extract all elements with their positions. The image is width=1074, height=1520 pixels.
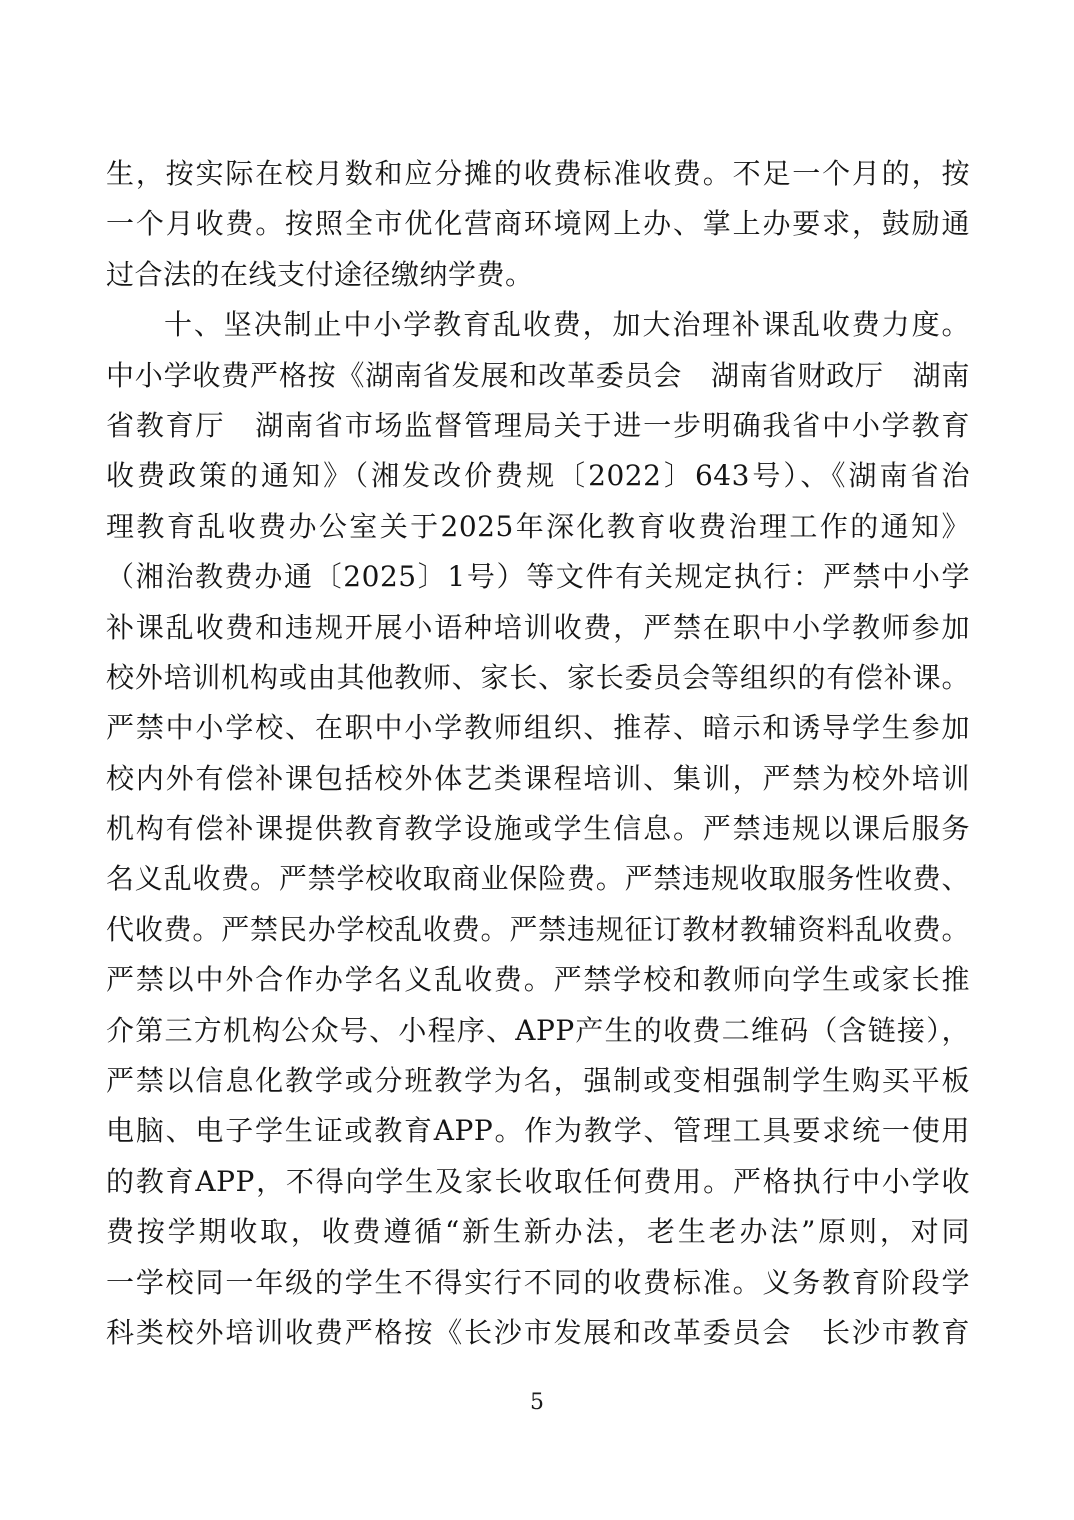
document-line: 科类校外培训收费严格按《长沙市发展和改革委员会 长沙市教育 — [106, 1308, 970, 1358]
document-line: （湘治教费办通〔2025〕1号）等文件有关规定执行：严禁中小学 — [106, 552, 970, 602]
document-line: 费按学期收取，收费遵循“新生新办法，老生老办法”原则，对同 — [106, 1207, 970, 1257]
document-page: 生，按实际在校月数和应分摊的收费标准收费。不足一个月的，按 一个月收费。按照全市… — [0, 0, 1074, 1520]
document-line: 的教育APP，不得向学生及家长收取任何费用。严格执行中小学收 — [106, 1157, 970, 1207]
document-line: 严禁以中外合作办学名义乱收费。严禁学校和教师向学生或家长推 — [106, 955, 970, 1005]
document-line: 代收费。严禁民办学校乱收费。严禁违规征订教材教辅资料乱收费。 — [106, 905, 970, 955]
document-line: 一个月收费。按照全市优化营商环境网上办、掌上办要求，鼓励通 — [106, 199, 970, 249]
document-line: 生，按实际在校月数和应分摊的收费标准收费。不足一个月的，按 — [106, 149, 970, 199]
document-line: 理教育乱收费办公室关于2025年深化教育收费治理工作的通知》 — [106, 502, 970, 552]
document-body: 生，按实际在校月数和应分摊的收费标准收费。不足一个月的，按 一个月收费。按照全市… — [106, 149, 970, 1358]
document-line: 省教育厅 湖南省市场监督管理局关于进一步明确我省中小学教育 — [106, 401, 970, 451]
document-line: 名义乱收费。严禁学校收取商业保险费。严禁违规收取服务性收费、 — [106, 854, 970, 904]
document-line: 严禁中小学校、在职中小学教师组织、推荐、暗示和诱导学生参加 — [106, 703, 970, 753]
document-line: 校内外有偿补课包括校外体艺类课程培训、集训，严禁为校外培训 — [106, 754, 970, 804]
document-line: 严禁以信息化教学或分班教学为名，强制或变相强制学生购买平板 — [106, 1056, 970, 1106]
page-number: 5 — [0, 1390, 1074, 1416]
document-line: 收费政策的通知》（湘发改价费规〔2022〕643号）、《湖南省治 — [106, 451, 970, 501]
document-line: 机构有偿补课提供教育教学设施或学生信息。严禁违规以课后服务 — [106, 804, 970, 854]
document-line: 一学校同一年级的学生不得实行不同的收费标准。义务教育阶段学 — [106, 1258, 970, 1308]
document-line: 补课乱收费和违规开展小语种培训收费，严禁在职中小学教师参加 — [106, 603, 970, 653]
document-line: 过合法的在线支付途径缴纳学费。 — [106, 250, 970, 300]
document-section-heading: 十、坚决制止中小学教育乱收费，加大治理补课乱收费力度。 — [106, 300, 970, 350]
document-line: 电脑、电子学生证或教育APP。作为教学、管理工具要求统一使用 — [106, 1106, 970, 1156]
document-line: 校外培训机构或由其他教师、家长、家长委员会等组织的有偿补课。 — [106, 653, 970, 703]
document-line: 介第三方机构公众号、小程序、APP产生的收费二维码（含链接）， — [106, 1006, 970, 1056]
document-line: 中小学收费严格按《湖南省发展和改革委员会 湖南省财政厅 湖南 — [106, 351, 970, 401]
